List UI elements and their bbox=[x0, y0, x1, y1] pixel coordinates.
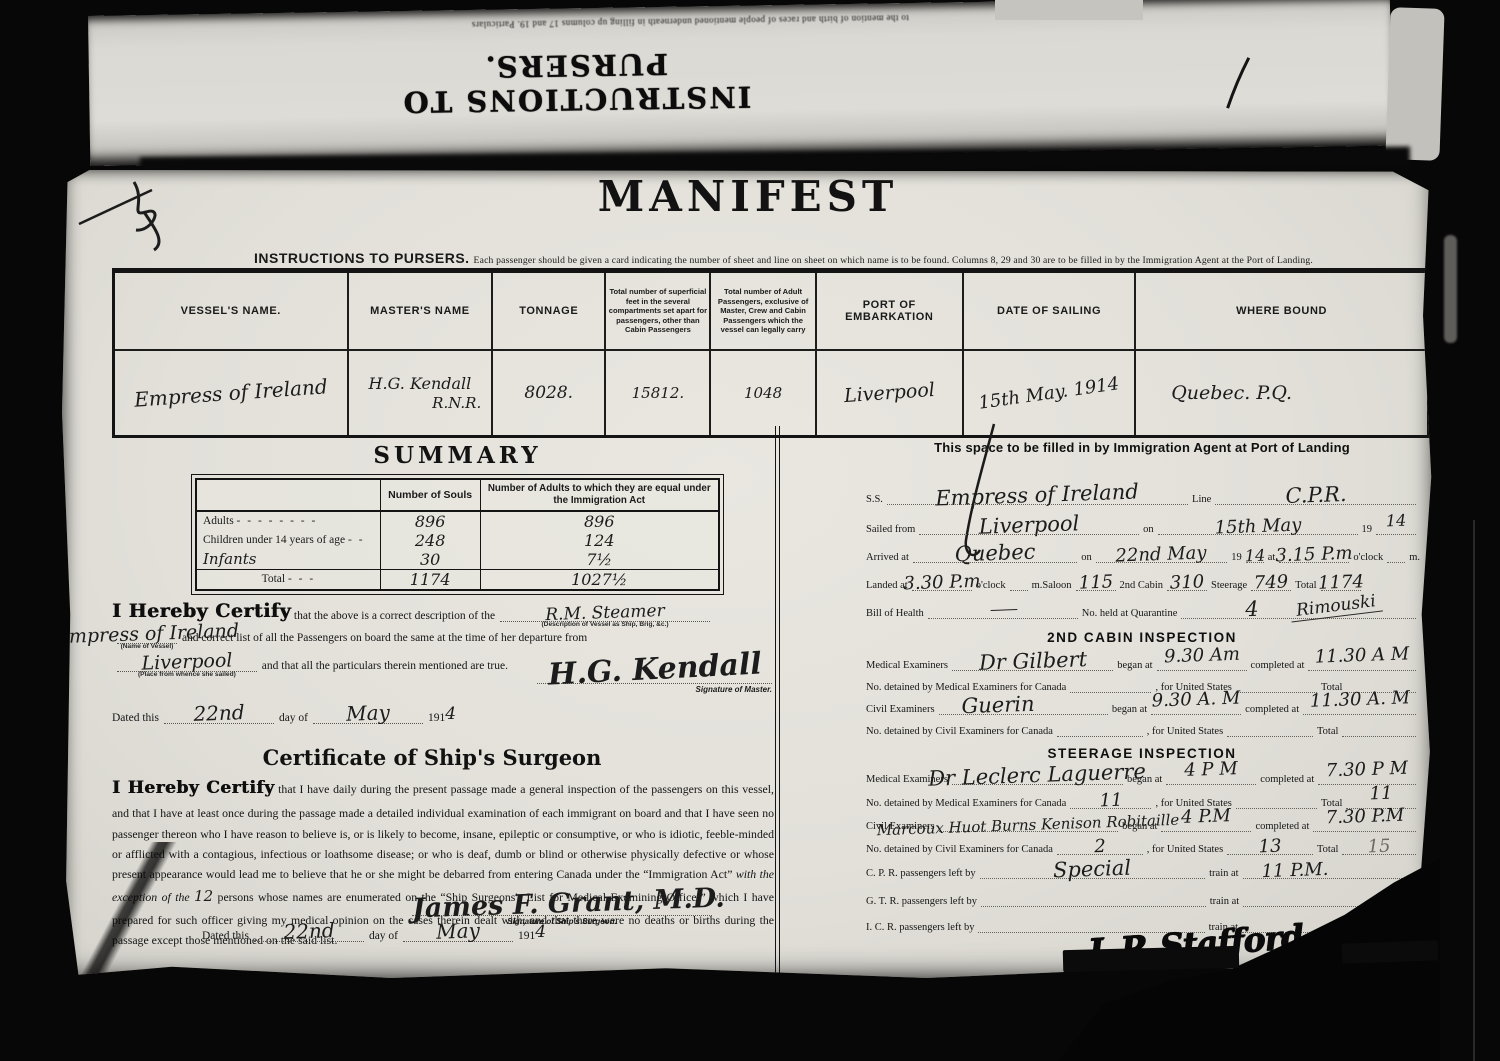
steerage-fill: 749 bbox=[1251, 578, 1291, 591]
st-det-civil-canada-handwritten: 2 bbox=[1094, 836, 1106, 857]
cpr-train-handwritten: 11 P.M. bbox=[1261, 859, 1329, 882]
c2-med-began-fill: 9.30 Am bbox=[1157, 658, 1247, 671]
c2-med-completed-handwritten: 11.30 A M bbox=[1315, 643, 1410, 667]
col-port-embarkation: PORT OF EMBARKATION bbox=[816, 271, 963, 351]
col-where-bound: WHERE BOUND bbox=[1135, 271, 1428, 351]
civil-examiners-label: Civil Examiners bbox=[866, 704, 935, 715]
day-handwritten: 22nd bbox=[283, 918, 335, 944]
where-bound-value: Quebec. P.Q. bbox=[1171, 382, 1292, 404]
landed-time-fill: 3.30 P.m bbox=[912, 578, 972, 591]
sailed-line: Sailed from Liverpool on 15th May 19 14 bbox=[866, 522, 1420, 535]
c2-medical-fill: Dr Gilbert bbox=[952, 658, 1113, 671]
sailed-year-fill: 14 bbox=[1376, 522, 1416, 535]
detained-canada-fill bbox=[1070, 680, 1151, 693]
surgeon-certificate-title: Certificate of Ship's Surgeon bbox=[112, 745, 752, 770]
col-adult-capacity: Total number of Adult Passengers, exclus… bbox=[710, 271, 815, 351]
pursers-note-text: Each passenger should be given a card in… bbox=[474, 255, 1313, 266]
col-tonnage: TONNAGE bbox=[492, 271, 605, 351]
summary-row-children: Children under 14 years of age - - 248 1… bbox=[196, 531, 719, 550]
saloon-fill: 115 bbox=[1076, 578, 1116, 591]
detained-civil-label: No. detained by Civil Examiners for Cana… bbox=[866, 844, 1053, 855]
at-label: at bbox=[1268, 552, 1276, 563]
gtr-line: G. T. R. passengers left by train at bbox=[866, 894, 1420, 907]
st-det-med-canada-handwritten: 11 bbox=[1099, 790, 1123, 812]
oclock-label: o'clock bbox=[1353, 552, 1383, 563]
train-at-label: train at bbox=[1210, 896, 1239, 907]
certify-opener: I Hereby Certify bbox=[112, 778, 274, 798]
day-of-label: day of bbox=[279, 712, 308, 724]
col-vessel-name: VESSEL'S NAME. bbox=[114, 271, 348, 351]
line-label: Line bbox=[1192, 494, 1211, 505]
st-med-completed-handwritten: 7.30 P M bbox=[1326, 758, 1409, 782]
st-civil-completed-handwritten: 7.30 P.M bbox=[1325, 805, 1404, 829]
total-label: Total bbox=[1317, 726, 1338, 737]
total-handwritten: 1174 bbox=[1317, 571, 1364, 594]
year-printed: 19 bbox=[1231, 552, 1242, 563]
bill-fill: —— bbox=[928, 606, 1078, 619]
began-label: began at bbox=[1112, 704, 1147, 715]
saloon-handwritten: 115 bbox=[1078, 571, 1113, 593]
year-handwritten: 4 bbox=[445, 704, 456, 724]
ss-fill: Empress of Ireland bbox=[887, 492, 1188, 505]
fill-caption: (Name of Vessel) bbox=[117, 643, 177, 650]
train-at-label: train at bbox=[1209, 868, 1238, 879]
began-label: began at bbox=[1117, 660, 1152, 671]
vessel-info-table: VESSEL'S NAME. MASTER'S NAME TONNAGE Tot… bbox=[112, 268, 1430, 438]
meridiem-fill bbox=[1010, 578, 1028, 591]
month-fill: May bbox=[313, 710, 423, 724]
arrived-port-fill: Quebec bbox=[913, 550, 1077, 563]
cert-line-2: Empress of Ireland (Name of Vessel) and … bbox=[112, 630, 587, 644]
cpr-train-fill: 11 P.M. bbox=[1243, 866, 1416, 879]
detained-us-fill bbox=[1236, 680, 1317, 693]
detained-total-fill: 15 bbox=[1342, 842, 1416, 855]
arrived-year-handwritten: 14 bbox=[1244, 546, 1265, 566]
detained-us-fill bbox=[1227, 724, 1313, 737]
paper-edge-patch bbox=[995, 0, 1143, 20]
day-fill: 22nd bbox=[254, 928, 364, 942]
souls-value: 896 bbox=[415, 512, 446, 531]
souls-value: 1174 bbox=[410, 570, 451, 589]
detained-us-fill bbox=[1236, 796, 1317, 809]
adults-value: 896 bbox=[584, 512, 615, 531]
cert-text: and that all the particulars therein men… bbox=[262, 660, 508, 672]
arrived-line: Arrived at Quebec on 22nd May 19 14 at 3… bbox=[866, 550, 1420, 563]
date-sailing-value: 15th May. 1914 bbox=[977, 373, 1120, 414]
arrived-year-fill: 14 bbox=[1246, 550, 1264, 563]
row-label: Children under 14 years of age bbox=[203, 534, 345, 546]
column-divider-rule bbox=[775, 426, 780, 978]
master-signature-block: H.G. Kendall Signature of Master. bbox=[537, 652, 772, 694]
line-handwritten: C.P.R. bbox=[1285, 482, 1347, 508]
detained-canada-fill bbox=[1057, 724, 1143, 737]
st-civil-began-handwritten: 4 P.M bbox=[1181, 805, 1231, 828]
vessel-table-header-row: VESSEL'S NAME. MASTER'S NAME TONNAGE Tot… bbox=[114, 271, 1429, 351]
cert-text: and correct list of all the Passengers o… bbox=[182, 632, 587, 644]
st-civil-began-fill: 4 P.M bbox=[1161, 819, 1251, 832]
col-date-sailing: DATE OF SAILING bbox=[963, 271, 1135, 351]
completed-label: completed at bbox=[1260, 774, 1314, 785]
exception-count-handwritten: 12 bbox=[194, 887, 213, 905]
flipped-previous-page-strip: to the mention of birth and races of peo… bbox=[88, 0, 1392, 166]
landed-line: Landed at 3.30 P.m o'clock m. Saloon 115… bbox=[866, 578, 1420, 591]
gtr-fill bbox=[981, 894, 1206, 907]
agent-panel-heading: This space to be filled in by Immigratio… bbox=[862, 440, 1422, 455]
year-handwritten: 4 bbox=[535, 922, 546, 942]
c2-civil-completed-handwritten: 11.30 A. M bbox=[1309, 687, 1410, 711]
pursers-note: INSTRUCTIONS TO PURSERS. Each passenger … bbox=[254, 250, 1414, 268]
flipped-instructions-heading: INSTRUCTIONS TO PURSERS. bbox=[341, 45, 812, 120]
st-civil-handwritten: Marcoux Huot Burns Kenison Robitaille bbox=[877, 811, 1180, 840]
on-label: on bbox=[1143, 524, 1154, 535]
cpr-fill: Special bbox=[980, 866, 1205, 879]
arrived-date-handwritten: 22nd May bbox=[1116, 542, 1208, 566]
adult-capacity-value: 1048 bbox=[744, 384, 782, 402]
sailed-port-fill: Liverpool bbox=[919, 522, 1139, 535]
port-embarkation-value: Liverpool bbox=[843, 379, 935, 407]
m-label: m. bbox=[1032, 580, 1043, 591]
adults-value: 124 bbox=[584, 531, 615, 550]
m-label: m. bbox=[1409, 552, 1420, 563]
st-medical-fill: Dr Leclerc Laguerre bbox=[952, 772, 1123, 785]
day-handwritten: 22nd bbox=[193, 700, 245, 726]
master-dated-line: Dated this 22nd day of May 1914 bbox=[112, 704, 521, 724]
on-label: on bbox=[1081, 552, 1092, 563]
certify-opener: I Hereby Certify bbox=[112, 600, 291, 622]
bill-handwritten: —— bbox=[989, 600, 1016, 619]
month-handwritten: May bbox=[436, 918, 481, 944]
souls-value: 248 bbox=[415, 531, 446, 550]
sailed-year-handwritten: 14 bbox=[1385, 511, 1406, 531]
detained-medical-label: No. detained by Medical Examiners for Ca… bbox=[866, 682, 1066, 693]
fill-caption: (Description of Vessel as Ship, Brig, &c… bbox=[500, 621, 710, 628]
cpr-handwritten: Special bbox=[1053, 856, 1132, 883]
total-label: Total bbox=[1295, 580, 1316, 591]
steerage-label: Steerage bbox=[1211, 580, 1247, 591]
tonnage-value: 8028. bbox=[524, 383, 573, 403]
year-printed: 19 bbox=[1362, 524, 1373, 535]
arrived-port-handwritten: Quebec bbox=[954, 540, 1036, 567]
sailed-date-handwritten: 15th May bbox=[1214, 514, 1301, 538]
st-med-began-fill: 4 P M bbox=[1166, 772, 1256, 785]
fill-caption: (Place from whence she sailed) bbox=[117, 671, 257, 678]
medical-examiners-label: Medical Examiners bbox=[866, 660, 948, 671]
paper-crease bbox=[62, 842, 192, 978]
summary-row-adults: Adults - - - - - - - - 896 896 bbox=[196, 511, 719, 531]
summary-col-adults: Number of Adults to which they are equal… bbox=[480, 479, 719, 511]
c2-medical-handwritten: Dr Gilbert bbox=[978, 647, 1087, 675]
cert-line-3: Liverpool (Place from whence she sailed)… bbox=[112, 658, 508, 672]
sailed-port-fill: Liverpool (Place from whence she sailed) bbox=[117, 658, 257, 672]
st-medical-handwritten: Dr Leclerc Laguerre bbox=[928, 759, 1146, 791]
cert-line-1: I Hereby Certify that the above is a cor… bbox=[112, 600, 772, 622]
c2-civil-began-fill: 9.30 A. M bbox=[1151, 702, 1241, 715]
completed-label: completed at bbox=[1255, 821, 1309, 832]
second-cabin-fill: 310 bbox=[1167, 578, 1207, 591]
summary-table: Number of Souls Number of Adults to whic… bbox=[195, 478, 720, 591]
c2-detained-civil-line: No. detained by Civil Examiners for Cana… bbox=[866, 724, 1420, 737]
cert-text: that the above is a correct description … bbox=[294, 610, 495, 622]
month-handwritten: May bbox=[346, 700, 391, 726]
meridiem-fill bbox=[1387, 550, 1405, 563]
ink-mark bbox=[1219, 53, 1260, 114]
master-rank-value: R.N.R. bbox=[432, 394, 481, 412]
c2-civil-completed-fill: 11.30 A. M bbox=[1303, 702, 1416, 715]
saloon-label: Saloon bbox=[1042, 580, 1071, 591]
second-cabin-inspection-heading: 2ND CABIN INSPECTION bbox=[862, 630, 1422, 645]
pursers-note-label: INSTRUCTIONS TO PURSERS. bbox=[254, 250, 470, 266]
vessel-name-fill: Empress of Ireland (Name of Vessel) bbox=[117, 630, 177, 644]
c2-civil-handwritten: Guerin bbox=[961, 692, 1035, 719]
summary-row-infants: Infants 30 7½ bbox=[196, 550, 719, 570]
detained-medical-label: No. detained by Medical Examiners for Ca… bbox=[866, 798, 1066, 809]
day-fill: 22nd bbox=[164, 710, 274, 724]
day-of-label: day of bbox=[369, 930, 398, 942]
completed-label: completed at bbox=[1245, 704, 1299, 715]
steerage-medical-line: Medical Examiners Dr Leclerc Laguerre be… bbox=[866, 772, 1420, 785]
arrived-time-handwritten: 3.15 P.m bbox=[1275, 543, 1353, 567]
quarantine-label: No. held at Quarantine bbox=[1082, 608, 1178, 619]
scanned-manifest-page: to the mention of birth and races of peo… bbox=[0, 0, 1500, 1061]
cpr-line: C. P. R. passengers left by Special trai… bbox=[866, 866, 1420, 879]
st-med-began-handwritten: 4 P M bbox=[1184, 758, 1238, 781]
icr-label: I. C. R. passengers left by bbox=[866, 922, 974, 933]
master-name-value: H.G. Kendall bbox=[369, 374, 472, 393]
surgeon-dated-line: Dated this 22nd day of May 1914 bbox=[202, 922, 622, 942]
landed-time-handwritten: 3.30 P.m bbox=[903, 571, 981, 595]
total-label: Total bbox=[1317, 844, 1338, 855]
c2-civil-began-handwritten: 9.30 A. M bbox=[1151, 687, 1240, 711]
c2-medical-line: Medical Examiners Dr Gilbert began at 9.… bbox=[866, 658, 1420, 671]
landed-label: Landed at bbox=[866, 580, 908, 591]
second-cabin-label: 2nd Cabin bbox=[1120, 580, 1163, 591]
col-master-name: MASTER'S NAME bbox=[348, 271, 493, 351]
c2-civil-fill: Guerin bbox=[939, 702, 1108, 715]
completed-label: completed at bbox=[1251, 660, 1305, 671]
paper-edge-highlight bbox=[1444, 235, 1457, 343]
sailed-date-fill: 15th May bbox=[1158, 522, 1358, 535]
paper-edge-right bbox=[1385, 7, 1444, 161]
detained-total-fill bbox=[1342, 724, 1416, 737]
arrived-date-fill: 22nd May bbox=[1096, 550, 1228, 563]
c2-med-completed-fill: 11.30 A M bbox=[1308, 658, 1416, 671]
month-fill: May bbox=[403, 928, 513, 942]
summary-header-row: Number of Souls Number of Adults to whic… bbox=[196, 479, 719, 511]
manifest-page: MANIFEST INSTRUCTIONS TO PURSERS. Each p… bbox=[62, 170, 1434, 978]
col-superficial-feet: Total number of superficial feet in the … bbox=[605, 271, 710, 351]
tape-mark bbox=[1342, 940, 1439, 963]
detained-canada-fill: 11 bbox=[1070, 796, 1151, 809]
vessel-table-value-row: Empress of Ireland H.G. Kendall R.N.R. 8… bbox=[114, 350, 1429, 437]
dated-label: Dated this bbox=[112, 712, 159, 724]
steerage-detained-civil-line: No. detained by Civil Examiners for Cana… bbox=[866, 842, 1420, 855]
vessel-type-fill: R.M. Steamer (Description of Vessel as S… bbox=[500, 608, 710, 622]
c2-med-began-handwritten: 9.30 Am bbox=[1163, 644, 1240, 668]
arrived-time-fill: 3.15 P.m bbox=[1279, 550, 1349, 563]
row-label-handwritten: Infants bbox=[203, 550, 256, 568]
summary-title: SUMMARY bbox=[195, 442, 720, 469]
detained-civil-label: No. detained by Civil Examiners for Cana… bbox=[866, 726, 1053, 737]
second-cabin-handwritten: 310 bbox=[1169, 571, 1204, 593]
microfilm-edge-line bbox=[1473, 520, 1475, 1061]
row-label: Total bbox=[262, 573, 285, 585]
st-det-med-total-handwritten: 11 bbox=[1369, 783, 1393, 805]
line-fill: C.P.R. bbox=[1215, 492, 1416, 505]
vessel-name-value: Empress of Ireland bbox=[133, 374, 328, 411]
page-title: MANIFEST bbox=[62, 172, 1434, 221]
arrived-label: Arrived at bbox=[866, 552, 909, 563]
st-civil-fill: Marcoux Huot Burns Kenison Robitaille bbox=[939, 819, 1119, 832]
detained-canada-fill: 2 bbox=[1057, 842, 1143, 855]
total-fill: 1174 bbox=[1321, 578, 1361, 591]
adults-value: 7½ bbox=[586, 550, 612, 569]
st-med-completed-fill: 7.30 P M bbox=[1318, 772, 1416, 785]
ss-label: S.S. bbox=[866, 494, 883, 505]
c2-civil-line: Civil Examiners Guerin began at 9.30 A. … bbox=[866, 702, 1420, 715]
st-det-civil-us-handwritten: 13 bbox=[1258, 836, 1282, 858]
summary-row-total: Total - - - 1174 1027½ bbox=[196, 569, 719, 590]
cpr-label: C. P. R. passengers left by bbox=[866, 868, 976, 879]
sailed-port-handwritten: Liverpool bbox=[979, 511, 1080, 538]
bill-label: Bill of Health bbox=[866, 608, 924, 619]
row-label: Adults bbox=[203, 515, 234, 527]
summary-col-souls: Number of Souls bbox=[380, 479, 480, 511]
for-us-label: , for United States bbox=[1147, 726, 1223, 737]
ss-line: S.S. Empress of Ireland Line C.P.R. bbox=[866, 492, 1420, 505]
gtr-label: G. T. R. passengers left by bbox=[866, 896, 977, 907]
steerage-civil-line: Civil Examiners Marcoux Huot Burns Kenis… bbox=[866, 819, 1420, 832]
year-printed: 191 bbox=[428, 712, 445, 724]
detained-us-fill: 13 bbox=[1227, 842, 1313, 855]
souls-value: 30 bbox=[420, 550, 440, 569]
quarantine-handwritten: 4 bbox=[1245, 597, 1259, 621]
dated-label: Dated this bbox=[202, 930, 249, 942]
sailed-label: Sailed from bbox=[866, 524, 915, 535]
st-det-civil-total-handwritten: 15 bbox=[1367, 836, 1391, 858]
st-civil-completed-fill: 7.30 P.M bbox=[1313, 819, 1416, 832]
steerage-handwritten: 749 bbox=[1254, 571, 1289, 593]
for-us-label: , for United States bbox=[1147, 844, 1223, 855]
adults-value: 1027½ bbox=[571, 570, 627, 589]
tape-mark bbox=[1063, 946, 1239, 972]
superficial-feet-value: 15812. bbox=[632, 384, 685, 402]
year-printed: 191 bbox=[518, 930, 535, 942]
